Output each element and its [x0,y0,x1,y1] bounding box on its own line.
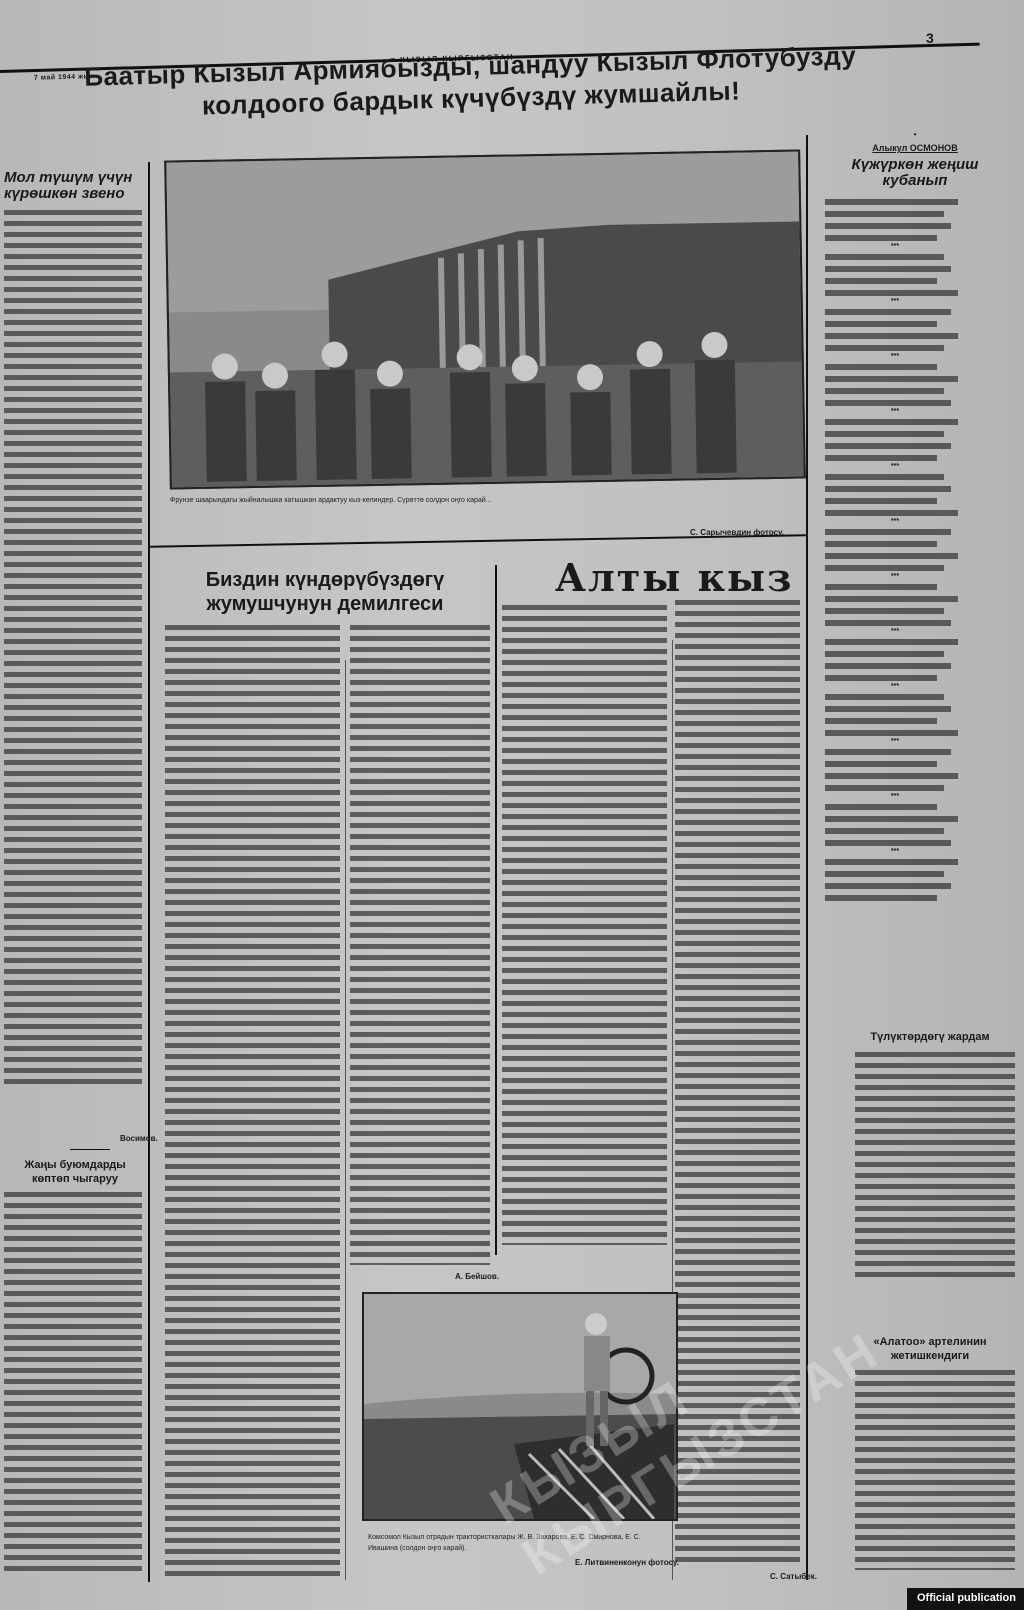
poem-line [825,290,958,296]
poem-line [825,651,944,657]
poem-line [825,828,944,834]
poem-line [825,498,937,504]
column-divider [148,162,150,1582]
poem-line [825,565,944,571]
poem-line [825,608,944,614]
poem-title: Күжүркөн жеңиш кубанып [815,157,1015,189]
poem-line [825,254,944,260]
poem-line [825,199,958,205]
poem-line [825,694,944,700]
poem-line [825,309,951,315]
poem-column-subarticle-title: Түлүктөрдөгү жардам [855,1030,1005,1044]
poem-line [825,474,944,480]
middle-article-body-col1 [165,625,340,1580]
poem-line [825,364,937,370]
stanza-separator: *** [825,298,965,305]
poem-line [825,529,951,535]
newspaper-page: 7 май 1944 жыл КЫЗЫЛ КЫРГЫЗСТАН 3 Баатыр… [0,0,1024,1610]
poem-line [825,584,937,590]
poem-line [825,620,951,626]
poem-line [825,455,937,461]
bottom-photo-credit: Е. Литвиненконун фотосу. [575,1558,679,1567]
left-subarticle-title: Жаңы буюмдарды көптөп чыгаруу [10,1158,140,1186]
poem-line [825,376,958,382]
poem-line [825,553,958,559]
poem-line [825,278,937,284]
poem-line [825,321,937,327]
poem-line [825,235,937,241]
poem-line [825,718,937,724]
poem-line [825,486,951,492]
column-divider [495,565,497,1255]
middle-article-title: Биздин күндөрүбүздөгү жумушчунун демилге… [160,568,490,616]
bullet: • [815,130,1015,139]
right-article-signature: С. Сатыбек. [770,1572,817,1581]
stanza-separator: *** [825,408,965,415]
poem-line [825,840,951,846]
poem-line [825,510,958,516]
middle-article-body-col2 [350,625,490,1265]
poem-line [825,706,951,712]
stanza-separator: *** [825,463,965,470]
stanza-separator: *** [825,793,965,800]
poem-line [825,883,951,889]
stanza-separator: *** [825,738,965,745]
left-subarticle-body [4,1192,142,1577]
right-article-title: Алты кыз [555,555,793,600]
poem-line [825,871,944,877]
poem-column: • Алыкул ОСМОНОВ Күжүркөн жеңиш кубанып … [815,130,1015,907]
top-photo-credit: С. Сарычевдин фотосу. [690,528,784,537]
left-article-title: Мол түшүм үчүн күрөшкөн звено [4,170,144,202]
poem-line [825,859,958,865]
stanza-separator: *** [825,353,965,360]
poem-line [825,388,944,394]
poem-line [825,211,944,217]
stanza-separator: *** [825,683,965,690]
stanza-separator: *** [825,518,965,525]
stanza-separator: *** [825,573,965,580]
left-article-signature: Восимов. [120,1134,158,1143]
poem-line [825,223,951,229]
poem-line [825,785,944,791]
poem-line [825,730,958,736]
poem-line [825,773,958,779]
poem-line [825,761,937,767]
poem-line [825,639,958,645]
middle-article-signature: А. Бейшов. [455,1272,499,1281]
column-divider [345,660,346,1580]
right-article-body-col1 [502,605,667,1245]
poem-author: Алыкул ОСМОНОВ [815,143,1015,153]
poem-column-subarticle2-body [855,1370,1015,1570]
top-photo-caption: Фрунзе шаарындагы жыйналышка катышкан ар… [170,495,800,506]
poem-line [825,816,958,822]
poem-body: ************************************ [815,199,965,901]
poem-line [825,266,951,272]
poem-line [825,749,951,755]
poem-line [825,443,951,449]
top-photo [164,149,806,489]
poem-line [825,400,951,406]
poem-line [825,596,958,602]
divider [70,1149,110,1150]
poem-line [825,419,958,425]
poem-line [825,804,937,810]
group-photo-illustration [166,152,804,488]
poem-line [825,333,958,339]
poem-line [825,663,951,669]
poem-line [825,541,937,547]
stanza-separator: *** [825,848,965,855]
poem-line [825,431,944,437]
poem-line [825,345,944,351]
stanza-separator: *** [825,243,965,250]
official-publication-badge: Official publication [907,1588,1024,1610]
poem-line [825,675,937,681]
left-article-body [4,210,142,1090]
poem-line [825,895,937,901]
main-headline: Баатыр Кызыл Армиябызды, шандуу Кызыл Фл… [40,38,901,126]
stanza-separator: *** [825,628,965,635]
